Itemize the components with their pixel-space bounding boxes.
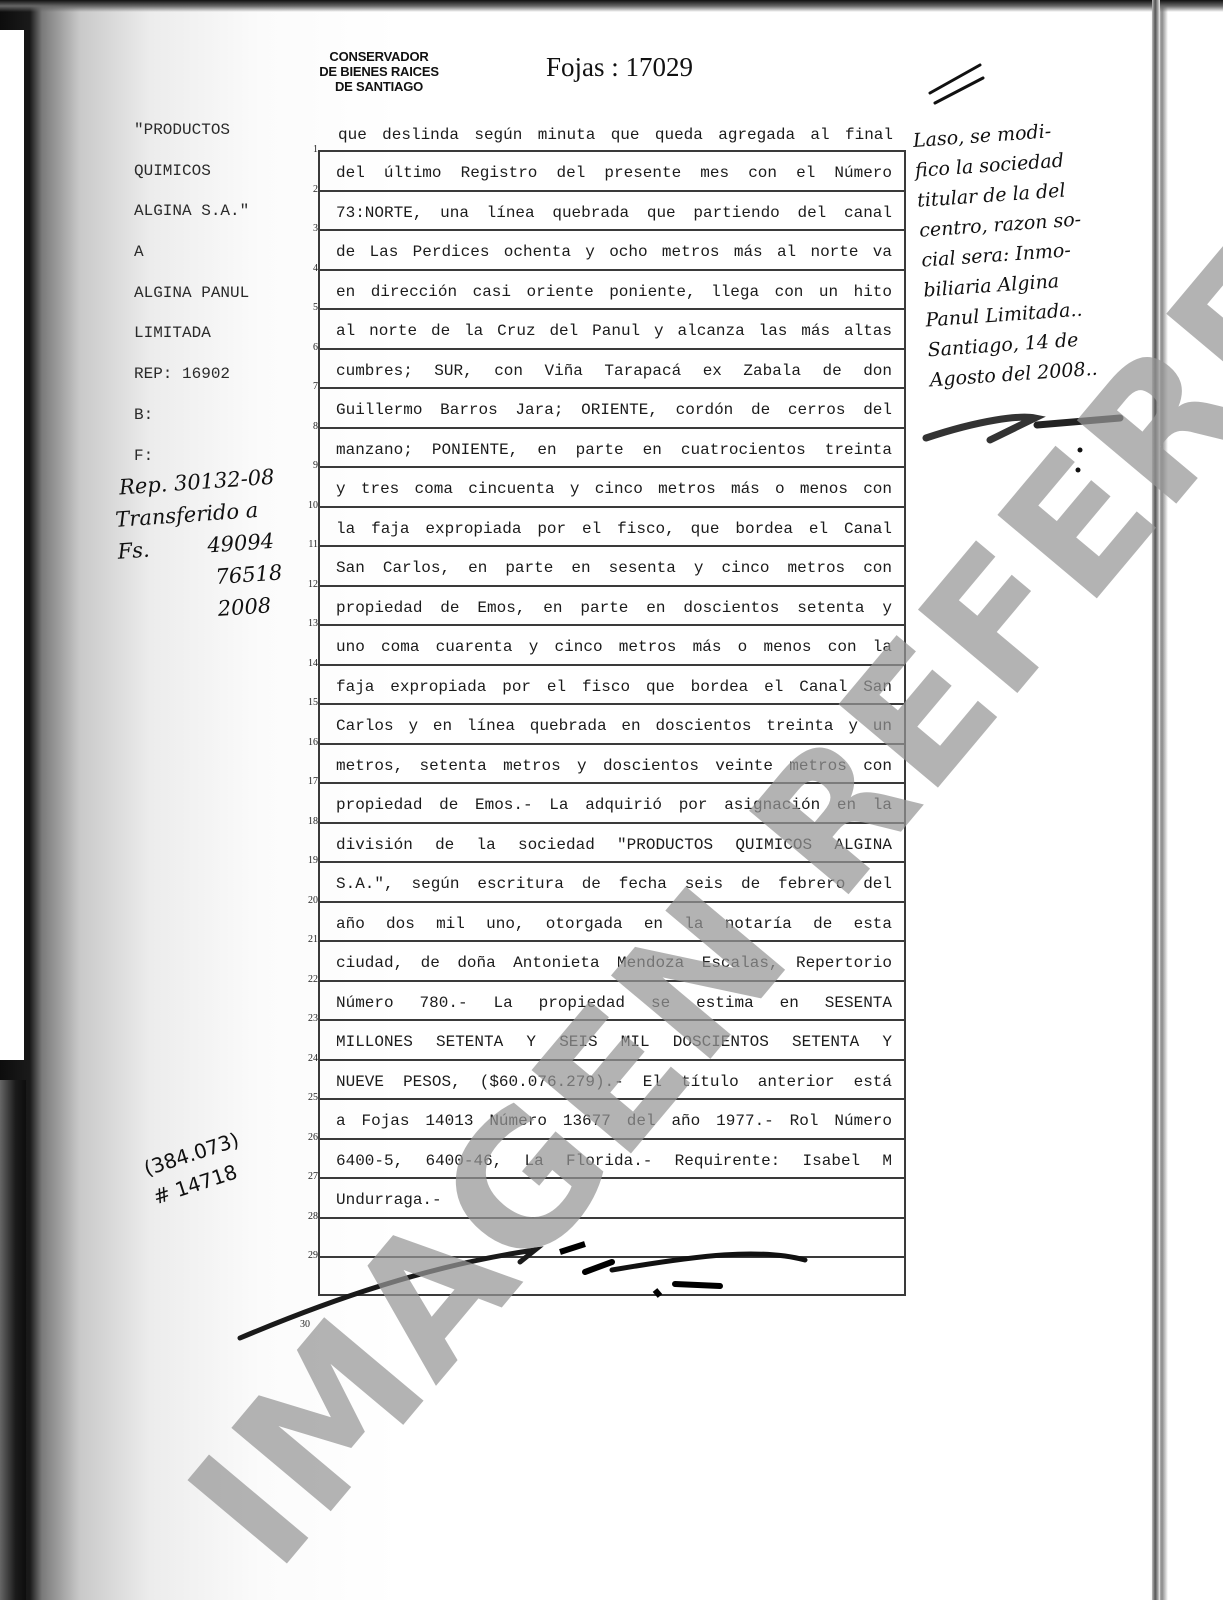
body-line: 13uno coma cuarenta y cinco metros más o… bbox=[318, 624, 906, 664]
row-number: 4 bbox=[302, 263, 318, 274]
margin-line: LIMITADA bbox=[134, 321, 304, 362]
office-line: DE SANTIAGO bbox=[304, 79, 454, 94]
body-line: 7Guillermo Barros Jara; ORIENTE, cordón … bbox=[318, 387, 906, 427]
body-line-text: MILLONES SETENTA Y SEIS MIL DOSCIENTOS S… bbox=[336, 1032, 892, 1052]
body-line: 17propiedad de Emos.- La adquirió por as… bbox=[318, 782, 906, 822]
body-line: 25a Fojas 14013 Número 13677 del año 197… bbox=[318, 1098, 906, 1138]
body-line-text: 6400-5, 6400-46, La Florida.- Requirente… bbox=[336, 1151, 892, 1171]
body-line: 10la faja expropiada por el fisco, que b… bbox=[318, 506, 906, 546]
body-line-text: la faja expropiada por el fisco, que bor… bbox=[336, 519, 892, 539]
body-line-text: propiedad de Emos, en parte en dosciento… bbox=[336, 598, 892, 618]
ruled-body: 1del último Registro del presente mes co… bbox=[318, 150, 906, 1296]
row-number: 17 bbox=[302, 776, 318, 787]
body-line-text: del último Registro del presente mes con… bbox=[336, 163, 892, 183]
binding-tab bbox=[0, 30, 30, 1060]
body-line: 15Carlos y en línea quebrada en doscient… bbox=[318, 703, 906, 743]
row-number: 29 bbox=[302, 1250, 318, 1261]
body-line: 23MILLONES SETENTA Y SEIS MIL DOSCIENTOS… bbox=[318, 1019, 906, 1059]
body-line: 19S.A.", según escritura de fecha seis d… bbox=[318, 861, 906, 901]
handwritten-annotation-left: Rep. 30132-08 Transferido a Fs. 49094 76… bbox=[112, 459, 313, 632]
body-line: 1del último Registro del presente mes co… bbox=[318, 150, 906, 190]
body-line: 4en dirección casi oriente poniente, lle… bbox=[318, 269, 906, 309]
party-margin: "PRODUCTOS QUIMICOS ALGINA S.A." A ALGIN… bbox=[134, 118, 304, 484]
row-number: 16 bbox=[302, 737, 318, 748]
body-line-text: cumbres; SUR, con Viña Tarapacá ex Zabal… bbox=[336, 361, 892, 381]
margin-line: QUIMICOS bbox=[134, 159, 304, 200]
body-line: 24NUEVE PESOS, ($60.076.279).- El título… bbox=[318, 1059, 906, 1099]
row-number: 14 bbox=[302, 658, 318, 669]
body-line-text: año dos mil uno, otorgada en la notaría … bbox=[336, 914, 892, 934]
body-line-text: propiedad de Emos.- La adquirió por asig… bbox=[336, 795, 892, 815]
body-line-text: de Las Perdices ochenta y ocho metros má… bbox=[336, 242, 892, 262]
body-line-text: metros, setenta metros y doscientos vein… bbox=[336, 756, 892, 776]
row-number: 1 bbox=[302, 144, 318, 155]
row-number: 26 bbox=[302, 1132, 318, 1143]
body-line-text: Guillermo Barros Jara; ORIENTE, cordón d… bbox=[336, 400, 892, 420]
body-line-text: uno coma cuarenta y cinco metros más o m… bbox=[336, 637, 892, 657]
body-line-text: faja expropiada por el fisco que bordea … bbox=[336, 677, 892, 697]
row-number: 20 bbox=[302, 895, 318, 906]
body-line: 29 bbox=[318, 1256, 906, 1296]
row-number: 13 bbox=[302, 618, 318, 629]
body-line: 22Número 780.- La propiedad se estima en… bbox=[318, 980, 906, 1020]
row-number: 3 bbox=[302, 223, 318, 234]
body-line-text: Undurraga.- bbox=[336, 1190, 892, 1210]
body-line-text: manzano; PONIENTE, en parte en cuatrocie… bbox=[336, 440, 892, 460]
row-number: 21 bbox=[302, 934, 318, 945]
row-number: 22 bbox=[302, 974, 318, 985]
body-line-text: ciudad, de doña Antonieta Mendoza Escala… bbox=[336, 953, 892, 973]
body-line: 14faja expropiada por el fisco que borde… bbox=[318, 664, 906, 704]
row-number: 23 bbox=[302, 1013, 318, 1024]
body-line-text: en dirección casi oriente poniente, lleg… bbox=[336, 282, 892, 302]
row-number: 6 bbox=[302, 342, 318, 353]
row-number: 9 bbox=[302, 460, 318, 471]
scan-top-shadow bbox=[0, 0, 1223, 12]
margin-line: REP: 16902 bbox=[134, 362, 304, 403]
binding-shadow bbox=[0, 1080, 26, 1600]
body-line: 266400-5, 6400-46, La Florida.- Requiren… bbox=[318, 1138, 906, 1178]
body-line: 12propiedad de Emos, en parte en doscien… bbox=[318, 585, 906, 625]
body-line: 273:NORTE, una línea quebrada que partie… bbox=[318, 190, 906, 230]
row-number: 18 bbox=[302, 816, 318, 827]
margin-line: ALGINA PANUL bbox=[134, 281, 304, 322]
body-first-line: que deslinda según minuta que queda agre… bbox=[338, 126, 893, 144]
fojas-number: Fojas : 17029 bbox=[546, 52, 693, 83]
row-number: 27 bbox=[302, 1171, 318, 1182]
row-number: 7 bbox=[302, 381, 318, 392]
page-right-edge bbox=[1152, 0, 1160, 1600]
body-line: 27Undurraga.- bbox=[318, 1177, 906, 1217]
body-line-text: y tres coma cincuenta y cinco metros más… bbox=[336, 479, 892, 499]
registry-office-heading: CONSERVADOR DE BIENES RAICES DE SANTIAGO bbox=[304, 49, 454, 94]
body-line-text: Carlos y en línea quebrada en doscientos… bbox=[336, 716, 892, 736]
body-line-text: al norte de la Cruz del Panul y alcanza … bbox=[336, 321, 892, 341]
body-line: 16metros, setenta metros y doscientos ve… bbox=[318, 743, 906, 783]
margin-line: A bbox=[134, 240, 304, 281]
body-line-text: Número 780.- La propiedad se estima en S… bbox=[336, 993, 892, 1013]
row-number: 19 bbox=[302, 855, 318, 866]
row-number: 24 bbox=[302, 1053, 318, 1064]
office-line: DE BIENES RAICES bbox=[304, 64, 454, 79]
body-line: 11San Carlos, en parte en sesenta y cinc… bbox=[318, 545, 906, 585]
row-number: 8 bbox=[302, 421, 318, 432]
row-number: 15 bbox=[302, 697, 318, 708]
margin-line: "PRODUCTOS bbox=[134, 118, 304, 159]
body-line-text: S.A.", según escritura de fecha seis de … bbox=[336, 874, 892, 894]
body-line-text: división de la sociedad "PRODUCTOS QUIMI… bbox=[336, 835, 892, 855]
body-line: 21ciudad, de doña Antonieta Mendoza Esca… bbox=[318, 940, 906, 980]
handwritten-annotation-right: Laso, se modi- fico la sociedad titular … bbox=[912, 112, 1130, 395]
body-line-text: a Fojas 14013 Número 13677 del año 1977.… bbox=[336, 1111, 892, 1131]
margin-line: ALGINA S.A." bbox=[134, 199, 304, 240]
body-line: 3de Las Perdices ochenta y ocho metros m… bbox=[318, 229, 906, 269]
row-number: 30 bbox=[300, 1319, 310, 1330]
body-line: 28 bbox=[318, 1217, 906, 1257]
body-line: 18división de la sociedad "PRODUCTOS QUI… bbox=[318, 822, 906, 862]
body-line: 6cumbres; SUR, con Viña Tarapacá ex Zaba… bbox=[318, 348, 906, 388]
body-line: 8manzano; PONIENTE, en parte en cuatroci… bbox=[318, 427, 906, 467]
body-line: 5al norte de la Cruz del Panul y alcanza… bbox=[318, 308, 906, 348]
body-line: 20año dos mil uno, otorgada en la notarí… bbox=[318, 901, 906, 941]
body-line-text: NUEVE PESOS, ($60.076.279).- El título a… bbox=[336, 1072, 892, 1092]
row-number: 28 bbox=[302, 1211, 318, 1222]
row-number: 25 bbox=[302, 1092, 318, 1103]
office-line: CONSERVADOR bbox=[304, 49, 454, 64]
body-line: 9y tres coma cincuenta y cinco metros má… bbox=[318, 466, 906, 506]
row-number: 2 bbox=[302, 184, 318, 195]
margin-line: B: bbox=[134, 403, 304, 444]
body-line-text: San Carlos, en parte en sesenta y cinco … bbox=[336, 558, 892, 578]
row-number: 5 bbox=[302, 302, 318, 313]
body-line-text: 73:NORTE, una línea quebrada que partien… bbox=[336, 203, 892, 223]
